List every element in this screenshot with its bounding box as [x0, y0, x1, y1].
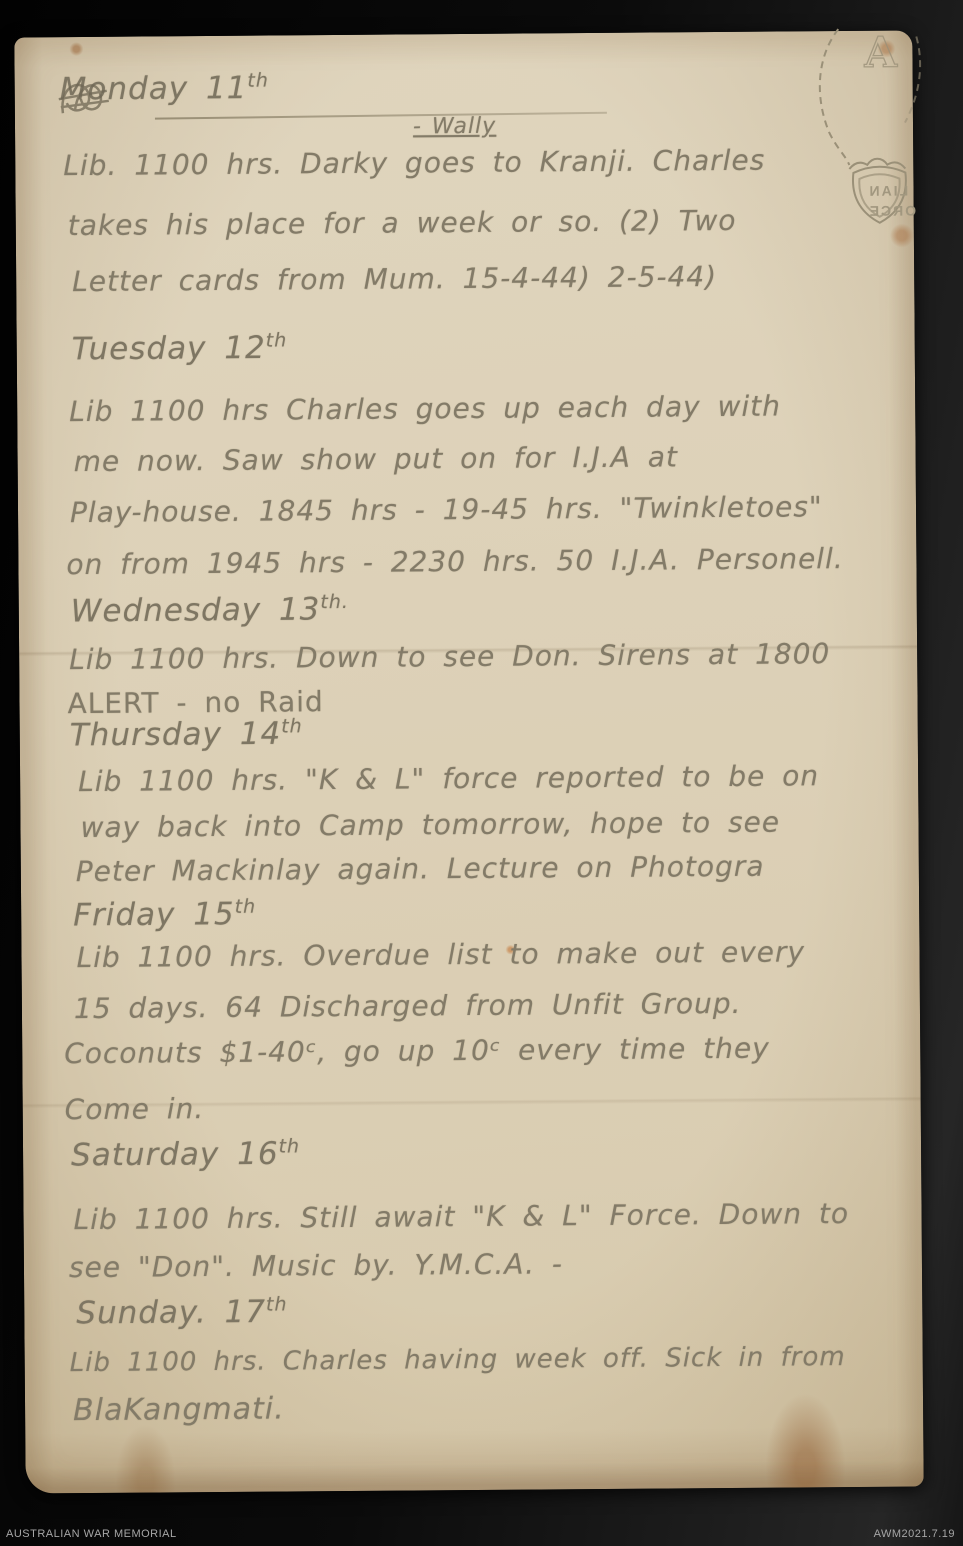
diary-line: Lib 1100 hrs. Overdue list to make out e… — [76, 935, 805, 974]
bleed-through-text: LIAN ORCE — [867, 180, 927, 220]
diary-line: Lib 1100 hrs. Charles having week off. S… — [70, 1342, 846, 1378]
institution-label: AUSTRALIAN WAR MEMORIAL — [6, 1528, 177, 1540]
entry-heading-friday: Friday 15th — [73, 896, 256, 934]
diary-line: me now. Saw show put on for I.J.A at — [73, 440, 678, 478]
diary-line: BlaKangmati. — [73, 1391, 285, 1428]
diary-line: Lib 1100 hrs. Down to see Don. Sirens at… — [69, 637, 830, 676]
diary-line: Coconuts $1-40ᶜ, go up 10ᶜ every time th… — [64, 1032, 770, 1071]
diary-line: on from 1945 hrs - 2230 hrs. 50 I.J.A. P… — [66, 542, 844, 581]
ordinal-suffix: th — [278, 1135, 300, 1157]
ordinal-suffix: th — [247, 70, 269, 92]
ordinal-suffix: th — [281, 715, 303, 737]
diary-line: Lib. 1100 hrs. Darky goes to Kranji. Cha… — [63, 144, 765, 183]
diary-line: Play-house. 1845 hrs - 19-45 hrs. "Twink… — [70, 490, 823, 529]
diary-line: see "Don". Music by. Y.M.C.A. - — [69, 1247, 563, 1284]
entry-heading-sunday: Sunday. 17th — [76, 1293, 288, 1331]
ordinal-suffix: th — [235, 896, 257, 918]
diary-line: Letter cards from Mum. 15-4-44) 2-5-44) — [72, 260, 717, 298]
bleed-through-line-2: ORCE — [868, 200, 928, 220]
overwrite-scribble — [55, 72, 175, 121]
ordinal-suffix: th — [266, 1293, 288, 1315]
heading-underline — [155, 112, 607, 120]
bleed-through-line-1: LIAN — [867, 180, 927, 200]
ordinal-suffix: th. — [320, 591, 349, 613]
diary-line: way back into Camp tomorrow, hope to see — [80, 806, 780, 844]
diary-line: Peter Mackinlay again. Lecture on Photog… — [76, 850, 765, 888]
diary-line: takes his place for a week or so. (2) Tw… — [68, 204, 737, 242]
diary-line: Come in. — [65, 1092, 205, 1126]
bleed-through-sketch-icon: A — [786, 26, 938, 262]
svg-text:A: A — [863, 28, 898, 77]
ordinal-suffix: th — [266, 329, 288, 351]
diary-line: Lib 1100 hrs Charles goes up each day wi… — [69, 390, 781, 429]
diary-page: A LIAN ORCE Monday 11th - Wally Lib. 110… — [14, 30, 923, 1493]
diary-line: Lib 1100 hrs. Still await "K & L" Force.… — [73, 1197, 849, 1236]
entry-heading-saturday: Saturday 16th — [71, 1135, 300, 1173]
diary-line: Lib 1100 hrs. "K & L" force reported to … — [78, 759, 819, 798]
entry-heading-wednesday: Wednesday 13th. — [71, 591, 349, 630]
diary-line: 15 days. 64 Discharged from Unfit Group. — [74, 987, 742, 1025]
catalog-number: AWM2021.7.19 — [874, 1528, 955, 1540]
entry-heading-thursday: Thursday 14th — [70, 715, 303, 753]
entry-heading-tuesday: Tuesday 12th — [72, 329, 288, 367]
inserted-word: - Wally — [413, 114, 496, 140]
